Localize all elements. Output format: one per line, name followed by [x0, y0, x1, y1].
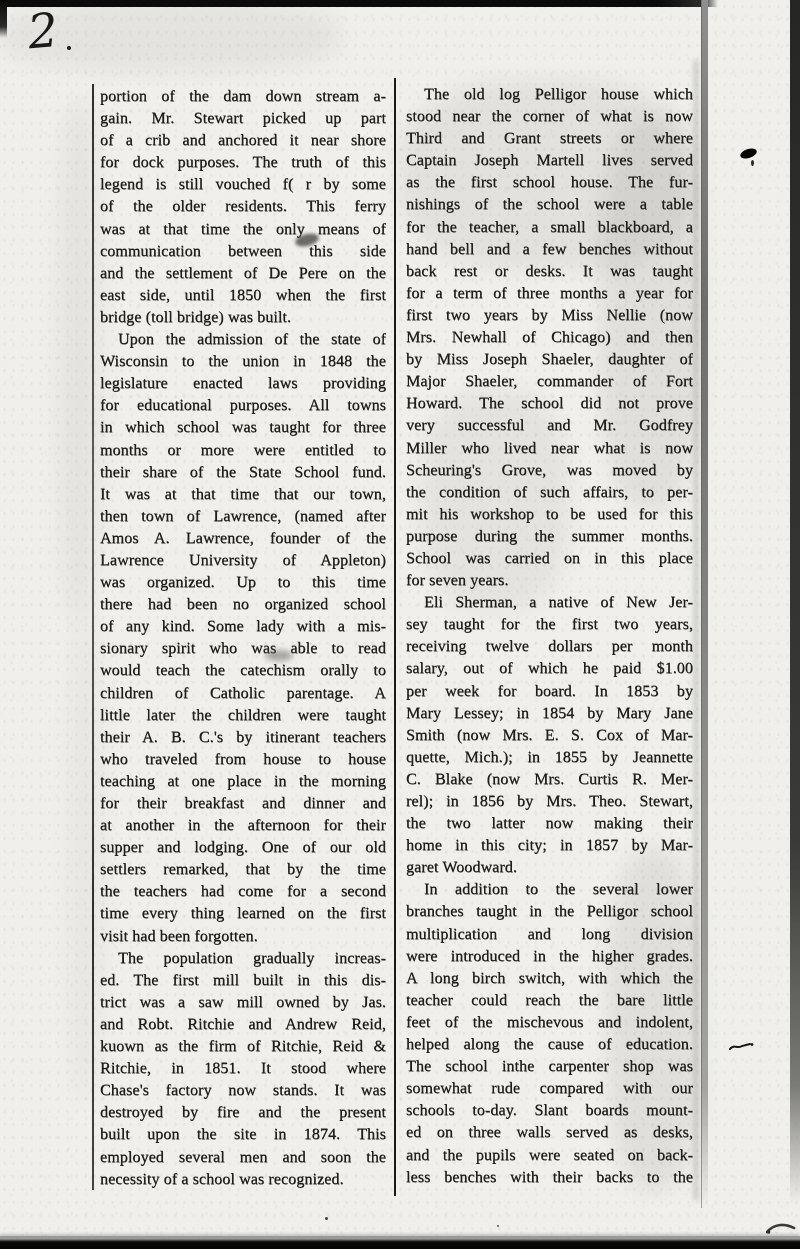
paragraph: The population gradually increas-ed. The…: [100, 948, 386, 1191]
text-line: employed several men and soon the: [100, 1147, 386, 1169]
text-line: there had been no organized school: [100, 594, 386, 616]
scan-left-corner-edge: [0, 0, 7, 38]
text-line: salary, out of which he paid $1.00: [406, 658, 693, 680]
text-line: back rest or desks. It was taught: [406, 261, 693, 283]
text-line: somewhat rude compared with our: [406, 1078, 693, 1100]
text-line: and Robt. Ritchie and Andrew Reid,: [100, 1014, 386, 1036]
text-line: for their breakfast and dinner and: [100, 793, 386, 815]
text-line: and the settlement of De Pere on the: [100, 263, 386, 285]
text-line: The population gradually increas-: [100, 948, 386, 970]
text-line: per week for board. In 1853 by: [406, 681, 693, 703]
text-line: nishings of the school were a table: [406, 194, 693, 216]
text-line: destroyed by fire and the present: [100, 1102, 386, 1124]
text-line: The school inthe carpenter shop was: [406, 1056, 693, 1078]
text-line: little later the children were taught: [100, 705, 386, 727]
scanned-document-page: { "page": { "handwritten_page_number": "…: [0, 0, 800, 1249]
text-line: gain. Mr. Stewart picked up part: [100, 108, 386, 130]
scan-bottom-edge: [0, 1236, 800, 1249]
text-line: branches taught in the Pelligor school: [406, 901, 693, 923]
text-line: by Miss Joseph Shaeler, daughter of: [406, 349, 693, 371]
text-line: were introduced in the higher grades.: [406, 946, 693, 968]
text-line: the condition of such affairs, to per-: [406, 482, 693, 504]
text-line: sionary spirit who was able to read: [100, 638, 386, 660]
scan-shading-left-lower: [68, 620, 102, 1100]
text-line: first two years by Miss Nellie (now: [406, 305, 693, 327]
text-line: ed on three walls served as desks,: [406, 1122, 693, 1144]
text-line: Mary Lessey; in 1854 by Mary Jane: [406, 703, 693, 725]
text-line: Eli Sherman, a native of New Jer-: [406, 592, 693, 614]
text-line: It was at that time that our town,: [100, 484, 386, 506]
text-line: for a term of three months a year for: [406, 283, 693, 305]
text-line: their share of the State School fund.: [100, 462, 386, 484]
text-line: for dock purposes. The truth of this: [100, 152, 386, 174]
text-line: Wisconsin to the union in 1848 the: [100, 351, 386, 373]
text-line: children of Catholic parentage. A: [100, 683, 386, 705]
margin-ink-blob-tail: [751, 160, 754, 166]
text-line: communication between this side: [100, 241, 386, 263]
article-column-left: portion of the dam down stream a-gain. M…: [100, 86, 386, 1191]
bottom-speck-2: [497, 1225, 499, 1227]
text-line: of the older residents. This ferry: [100, 196, 386, 218]
right-column-rule: [701, 0, 708, 1208]
paragraph: Eli Sherman, a native of New Jer-sey tau…: [406, 592, 693, 879]
text-line: months or more were entitled to: [100, 440, 386, 462]
bottom-speck: [325, 1217, 328, 1220]
paragraph: The old log Pelligor house whichstood ne…: [406, 84, 693, 592]
text-line: for educational purposes. All towns: [100, 395, 386, 417]
text-line: time every thing learned on the first: [100, 903, 386, 925]
text-line: Scheuring's Grove, was moved by: [406, 460, 693, 482]
text-line: stood near the corner of what is now: [406, 106, 693, 128]
text-line: less benches with their backs to the: [406, 1167, 693, 1189]
text-line: Amos A. Lawrence, founder of the: [100, 528, 386, 550]
text-line: legend is still vouched f( r by some: [100, 174, 386, 196]
text-line: the teachers had come for a second: [100, 881, 386, 903]
text-line: Ritchie, in 1851. It stood where: [100, 1058, 386, 1080]
text-line: was at that time the only means of: [100, 219, 386, 241]
text-line: necessity of a school was recognized.: [100, 1169, 386, 1191]
text-line: teaching at one place in the morning: [100, 771, 386, 793]
text-line: School was carried on in this place: [406, 548, 693, 570]
text-line: as the first school house. The fur-: [406, 172, 693, 194]
text-line: teacher could reach the bare little: [406, 990, 693, 1012]
paragraph: In addition to the several lowerbranches…: [406, 879, 693, 1188]
text-line: settlers remarked, that by the time: [100, 859, 386, 881]
text-line: In addition to the several lower: [406, 879, 693, 901]
text-line: mit his workshop to be used for this: [406, 504, 693, 526]
text-line: Major Shaeler, commander of Fort: [406, 371, 693, 393]
text-line: home in this city; in 1857 by Mar-: [406, 835, 693, 857]
text-line: for the teacher, a small blackboard, a: [406, 217, 693, 239]
text-line: visit had been forgotten.: [100, 926, 386, 948]
text-line: Lawrence University of Appleton): [100, 550, 386, 572]
text-line: Smith (now Mrs. E. S. Cox of Mar-: [406, 725, 693, 747]
text-line: who traveled from house to house: [100, 749, 386, 771]
text-line: at another in the afternoon for their: [100, 815, 386, 837]
left-column-rule: [92, 84, 94, 1190]
text-line: in which school was taught for three: [100, 417, 386, 439]
margin-ink-blob: [739, 147, 758, 161]
margin-pen-squiggle: [729, 1041, 755, 1053]
text-line: of a crib and anchored it near shore: [100, 130, 386, 152]
text-line: kuown as the firm of Ritchie, Reid &: [100, 1036, 386, 1058]
text-line: Captain Joseph Martell lives served: [406, 150, 693, 172]
text-line: and the pupils were seated on back-: [406, 1145, 693, 1167]
text-line: garet Woodward.: [406, 857, 693, 879]
text-line: was organized. Up to this time: [100, 572, 386, 594]
handwritten-page-number: 2: [26, 3, 63, 61]
text-line: A long birch switch, with which the: [406, 968, 693, 990]
text-line: supper and lodging. One of our old: [100, 837, 386, 859]
text-line: hand bell and a few benches without: [406, 239, 693, 261]
text-line: bridge (toll bridge) was built.: [100, 307, 386, 329]
text-line: legislature enacted laws providing: [100, 373, 386, 395]
text-line: trict was a saw mill owned by Jas.: [100, 992, 386, 1014]
text-line: Miller who lived near what is now: [406, 438, 693, 460]
text-line: helped along the cause of education.: [406, 1034, 693, 1056]
text-line: built upon the site in 1874. This: [100, 1124, 386, 1146]
text-line: very successful and Mr. Godfrey: [406, 415, 693, 437]
text-line: their A. B. C.'s by itinerant teachers: [100, 727, 386, 749]
text-line: of any kind. Some lady with a mis-: [100, 616, 386, 638]
text-line: C. Blake (now Mrs. Curtis R. Mer-: [406, 769, 693, 791]
text-line: Chase's factory now stands. It was: [100, 1080, 386, 1102]
text-line: quette, Mich.); in 1855 by Jeannette: [406, 747, 693, 769]
bottom-right-pen-mark: [766, 1221, 796, 1235]
text-line: east side, until 1850 when the first: [100, 285, 386, 307]
paragraph: Upon the admission of the state ofWiscon…: [100, 329, 386, 948]
paragraph: portion of the dam down stream a-gain. M…: [100, 86, 386, 329]
text-line: The old log Pelligor house which: [406, 84, 693, 106]
scan-right-page-edge: [790, 0, 800, 1205]
text-line: the two latter now making their: [406, 813, 693, 835]
text-line: portion of the dam down stream a-: [100, 86, 386, 108]
text-line: rel); in 1856 by Mrs. Theo. Stewart,: [406, 791, 693, 813]
text-line: Mrs. Newhall of Chicago) and then: [406, 327, 693, 349]
text-line: for seven years.: [406, 570, 693, 592]
right-rule-shadow: [693, 60, 699, 1200]
text-line: receiving twelve dollars per month: [406, 636, 693, 658]
text-line: then town of Lawrence, (named after: [100, 506, 386, 528]
text-line: ed. The first mill built in this dis-: [100, 970, 386, 992]
text-line: feet of the mischevous and indolent,: [406, 1012, 693, 1034]
text-line: sey taught for the first two years,: [406, 614, 693, 636]
text-line: Third and Grant streets or where: [406, 128, 693, 150]
text-line: multiplication and long division: [406, 924, 693, 946]
text-line: purpose during the summer months.: [406, 526, 693, 548]
article-column-right: The old log Pelligor house whichstood ne…: [406, 84, 693, 1189]
text-line: Howard. The school did not prove: [406, 393, 693, 415]
text-line: Upon the admission of the state of: [100, 329, 386, 351]
scan-top-edge: [0, 0, 718, 7]
text-line: would teach the catechism orally to: [100, 660, 386, 682]
handwritten-page-number-period: [67, 46, 71, 50]
text-line: schools to-day. Slant boards mount-: [406, 1100, 693, 1122]
column-divider-rule: [394, 78, 396, 1196]
